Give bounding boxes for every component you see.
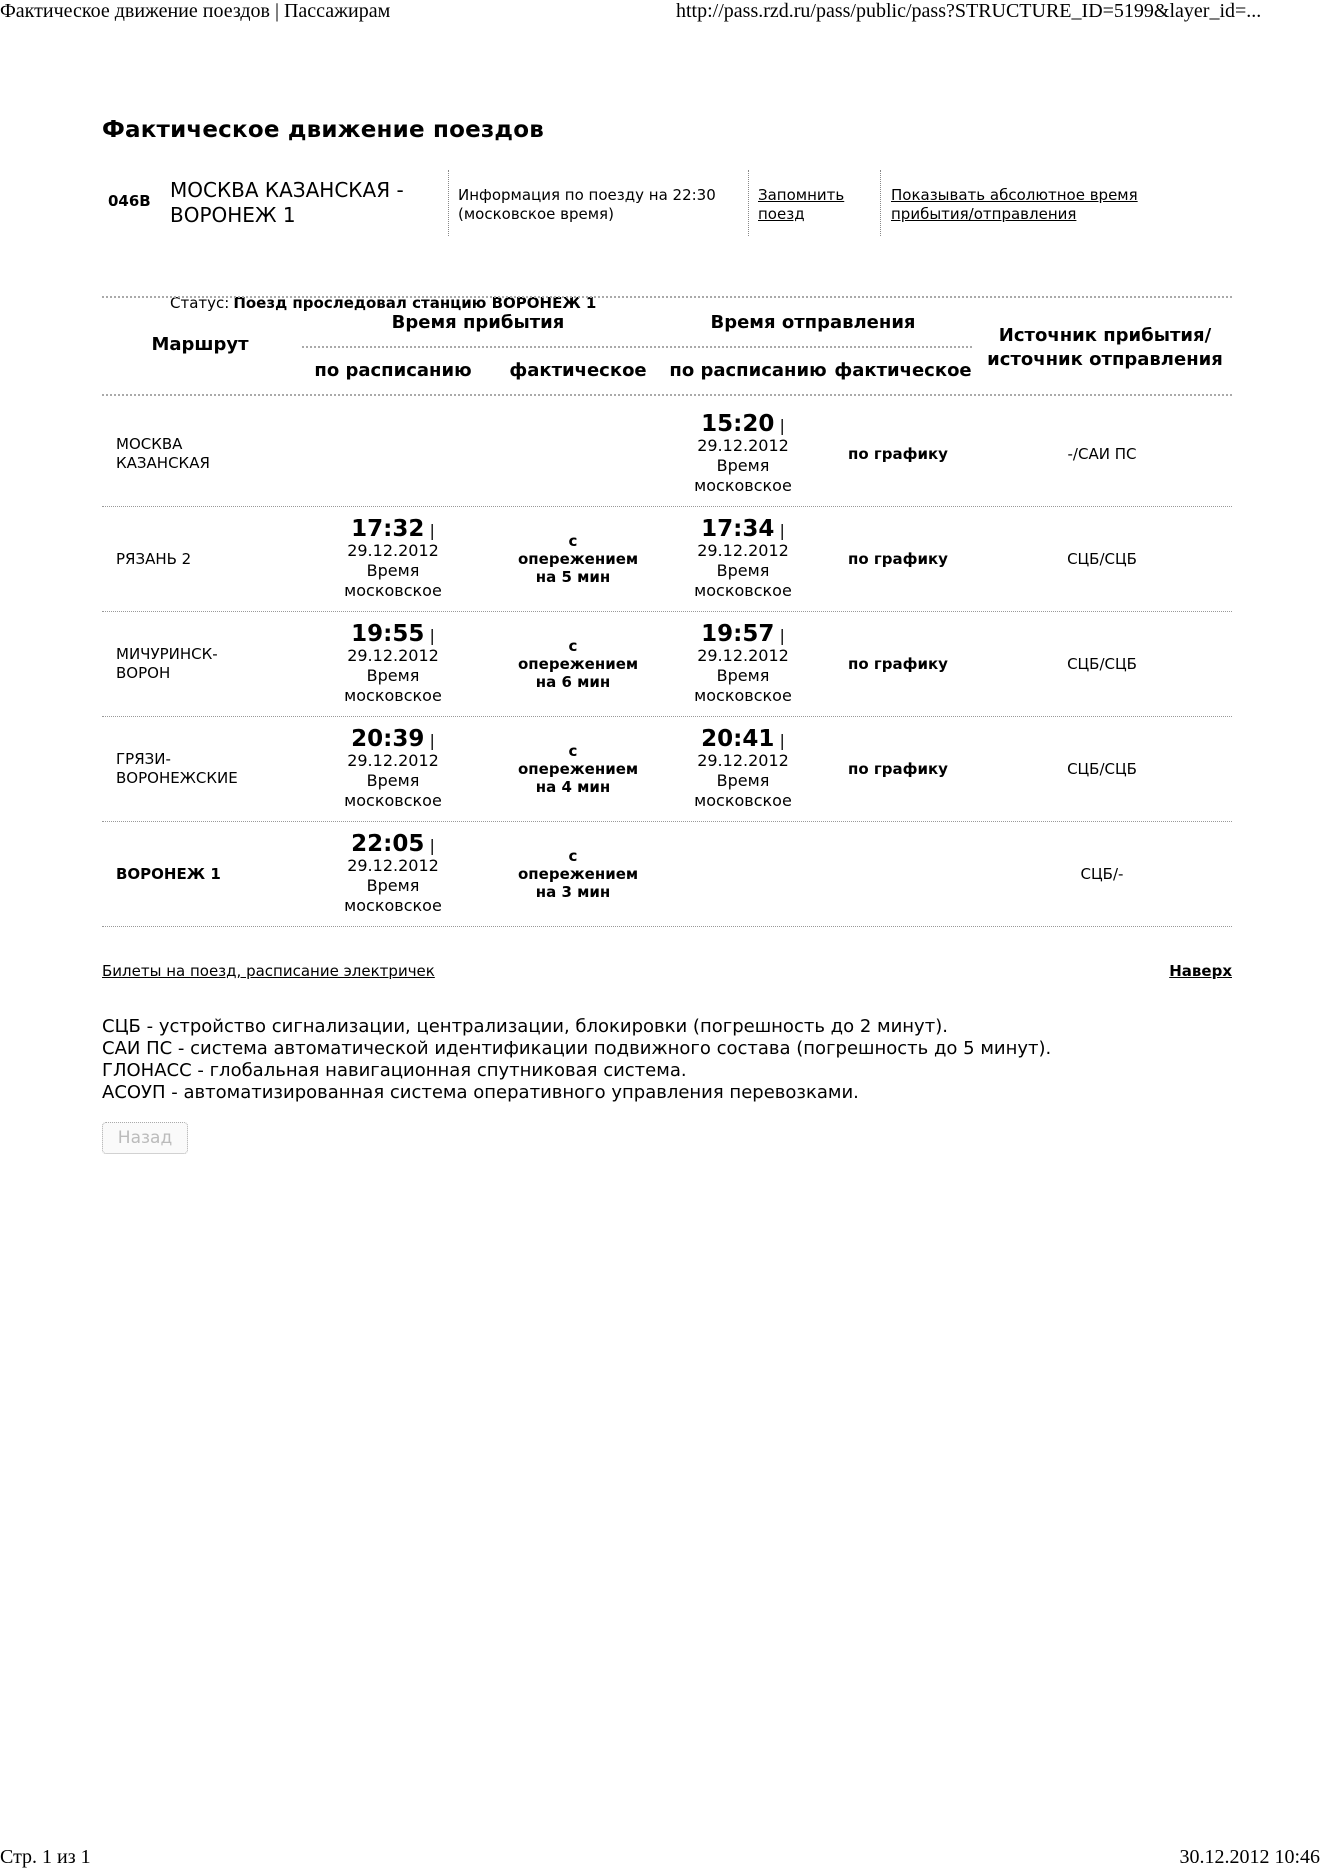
separator — [748, 170, 749, 236]
arrival-scheduled: 17:32 |29.12.2012Времямосковское — [298, 509, 488, 609]
departure-time: 17:34 |29.12.2012Времямосковское — [694, 517, 792, 601]
timezone-label: Время — [694, 666, 792, 686]
arrival-actual-value: с опережением на 4 мин — [518, 742, 628, 796]
timezone-label: московское — [694, 581, 792, 601]
header-departure: Время отправления — [658, 312, 968, 333]
legend: СЦБ - устройство сигнализации, централиз… — [102, 1016, 1051, 1104]
time-value: 22:05 — [351, 831, 424, 857]
date-value: 29.12.2012 — [344, 856, 442, 876]
train-route: МОСКВА КАЗАНСКАЯ - ВОРОНЕЖ 1 — [170, 178, 440, 228]
time-divider: | — [779, 626, 784, 645]
time-value: 19:57 — [701, 621, 774, 647]
info-time: Информация по поезду на 22:30 (московско… — [458, 186, 748, 224]
data-source: -/САИ ПС — [972, 404, 1232, 504]
table-row: ВОРОНЕЖ 122:05 |29.12.2012Времямосковско… — [102, 824, 1232, 929]
print-page-number: Стр. 1 из 1 — [0, 1846, 91, 1869]
tickets-link[interactable]: Билеты на поезд, расписание электричек — [102, 962, 435, 980]
print-footer: Стр. 1 из 1 30.12.2012 10:46 — [0, 1846, 1322, 1872]
time-divider: | — [429, 521, 434, 540]
arrival-time: 17:32 |29.12.2012Времямосковское — [344, 517, 442, 601]
date-value: 29.12.2012 — [344, 646, 442, 666]
arrival-actual-value: с опережением на 5 мин — [518, 532, 628, 586]
table-row: РЯЗАНЬ 217:32 |29.12.2012Времямосковское… — [102, 509, 1232, 614]
train-number: 046В — [108, 192, 151, 210]
back-to-top-link[interactable]: Наверх — [1169, 962, 1232, 980]
table-header-border — [102, 394, 1232, 396]
station-name: ГРЯЗИ-ВОРОНЕЖСКИЕ — [116, 719, 296, 819]
date-value: 29.12.2012 — [344, 751, 442, 771]
station-label: ВОРОНЕЖ 1 — [116, 865, 221, 884]
timezone-label: московское — [344, 581, 442, 601]
timezone-label: московское — [344, 686, 442, 706]
table-header: Маршрут Время прибытия Время отправления… — [102, 298, 1232, 394]
header-arrival: Время прибытия — [298, 312, 658, 333]
date-value: 29.12.2012 — [694, 541, 792, 561]
remember-train-link[interactable]: Запомнить поезд — [758, 186, 868, 224]
timezone-label: Время — [694, 771, 792, 791]
departure-actual-value: по графику — [848, 655, 948, 673]
departure-time: 15:20 |29.12.2012Времямосковское — [694, 412, 792, 496]
timezone-label: Время — [344, 771, 442, 791]
source-value: СЦБ/СЦБ — [1067, 655, 1137, 673]
arrival-time: 22:05 |29.12.2012Времямосковское — [344, 832, 442, 916]
row-separator — [102, 716, 1232, 717]
table-body: МОСКВА КАЗАНСКАЯ15:20 |29.12.2012Времямо… — [102, 404, 1232, 929]
timezone-label: московское — [694, 686, 792, 706]
row-separator — [102, 506, 1232, 507]
date-value: 29.12.2012 — [344, 541, 442, 561]
departure-time: 20:41 |29.12.2012Времямосковское — [694, 727, 792, 811]
data-source: СЦБ/- — [972, 824, 1232, 924]
table-row: МИЧУРИНСК-ВОРОН19:55 |29.12.2012Времямос… — [102, 614, 1232, 719]
station-name: МИЧУРИНСК-ВОРОН — [116, 614, 296, 714]
timezone-label: московское — [344, 896, 442, 916]
departure-actual-value: по графику — [848, 445, 948, 463]
time-value: 19:55 — [351, 621, 424, 647]
data-source: СЦБ/СЦБ — [972, 614, 1232, 714]
timezone-label: московское — [694, 476, 792, 496]
print-header: Фактическое движение поездов | Пассажира… — [0, 0, 1322, 26]
table-row: ГРЯЗИ-ВОРОНЕЖСКИЕ20:39 |29.12.2012Времям… — [102, 719, 1232, 824]
time-divider: | — [779, 521, 784, 540]
arrival-scheduled: 19:55 |29.12.2012Времямосковское — [298, 614, 488, 714]
legend-item: АСОУП - автоматизированная система опера… — [102, 1082, 1051, 1104]
timezone-label: московское — [344, 791, 442, 811]
departure-actual — [828, 824, 968, 924]
station-label: МИЧУРИНСК-ВОРОН — [116, 645, 266, 683]
station-name: ВОРОНЕЖ 1 — [116, 824, 296, 924]
header-route: Маршрут — [102, 334, 298, 355]
time-divider: | — [429, 626, 434, 645]
page-title: Фактическое движение поездов — [102, 112, 1232, 148]
time-divider: | — [429, 836, 434, 855]
header-arrival-scheduled: по расписанию — [298, 360, 488, 381]
departure-scheduled: 15:20 |29.12.2012Времямосковское — [658, 404, 828, 504]
date-value: 29.12.2012 — [694, 646, 792, 666]
data-source: СЦБ/СЦБ — [972, 509, 1232, 609]
time-value: 17:32 — [351, 516, 424, 542]
time-value: 20:41 — [701, 726, 774, 752]
timezone-label: Время — [694, 561, 792, 581]
station-name: МОСКВА КАЗАНСКАЯ — [116, 404, 296, 504]
row-separator — [102, 821, 1232, 822]
departure-scheduled: 20:41 |29.12.2012Времямосковское — [658, 719, 828, 819]
timezone-label: Время — [344, 666, 442, 686]
row-separator — [102, 611, 1232, 612]
date-value: 29.12.2012 — [694, 751, 792, 771]
row-separator — [102, 926, 1232, 927]
arrival-actual-value: с опережением на 3 мин — [518, 847, 628, 901]
time-divider: | — [779, 416, 784, 435]
back-button[interactable]: Назад — [102, 1122, 188, 1154]
print-datetime: 30.12.2012 10:46 — [1179, 1846, 1320, 1869]
timezone-label: Время — [344, 561, 442, 581]
departure-time: 19:57 |29.12.2012Времямосковское — [694, 622, 792, 706]
print-page-title: Фактическое движение поездов | Пассажира… — [0, 0, 390, 23]
header-departure-scheduled: по расписанию — [658, 360, 838, 381]
departure-actual: по графику — [828, 719, 968, 819]
arrival-actual-value: с опережением на 6 мин — [518, 637, 628, 691]
source-value: СЦБ/СЦБ — [1067, 550, 1137, 568]
absolute-time-link[interactable]: Показывать абсолютное время прибытия/отп… — [891, 186, 1221, 224]
separator — [880, 170, 881, 236]
departure-scheduled: 17:34 |29.12.2012Времямосковское — [658, 509, 828, 609]
legend-item: САИ ПС - система автоматической идентифи… — [102, 1038, 1051, 1060]
header-departure-actual: фактическое — [828, 360, 978, 381]
print-url: http://pass.rzd.ru/pass/public/pass?STRU… — [676, 0, 1261, 23]
table-row: МОСКВА КАЗАНСКАЯ15:20 |29.12.2012Времямо… — [102, 404, 1232, 509]
source-value: -/САИ ПС — [1068, 445, 1137, 463]
departure-scheduled: 19:57 |29.12.2012Времямосковское — [658, 614, 828, 714]
arrival-scheduled: 20:39 |29.12.2012Времямосковское — [298, 719, 488, 819]
legend-item: ГЛОНАСС - глобальная навигационная спутн… — [102, 1060, 1051, 1082]
timezone-label: московское — [694, 791, 792, 811]
time-value: 20:39 — [351, 726, 424, 752]
arrival-time: 20:39 |29.12.2012Времямосковское — [344, 727, 442, 811]
departure-scheduled — [658, 824, 828, 924]
station-label: РЯЗАНЬ 2 — [116, 550, 191, 569]
movement-table: Маршрут Время прибытия Время отправления… — [102, 296, 1232, 929]
header-divider — [302, 346, 972, 348]
departure-actual-value: по графику — [848, 760, 948, 778]
time-value: 17:34 — [701, 516, 774, 542]
time-value: 15:20 — [701, 411, 774, 437]
legend-item: СЦБ - устройство сигнализации, централиз… — [102, 1016, 1051, 1038]
station-label: ГРЯЗИ-ВОРОНЕЖСКИЕ — [116, 750, 266, 788]
arrival-actual: с опережением на 6 мин — [488, 614, 658, 714]
train-info: 046В МОСКВА КАЗАНСКАЯ - ВОРОНЕЖ 1 Информ… — [102, 170, 1232, 230]
separator — [448, 170, 449, 236]
departure-actual-value: по графику — [848, 550, 948, 568]
page-content: Фактическое движение поездов 046В МОСКВА… — [102, 112, 1232, 148]
departure-actual: по графику — [828, 404, 968, 504]
arrival-scheduled — [298, 404, 488, 504]
header-source: Источник прибытия/ источник отправления — [978, 324, 1232, 372]
station-label: МОСКВА КАЗАНСКАЯ — [116, 435, 266, 473]
timezone-label: Время — [694, 456, 792, 476]
time-divider: | — [779, 731, 784, 750]
departure-actual: по графику — [828, 509, 968, 609]
time-divider: | — [429, 731, 434, 750]
departure-actual: по графику — [828, 614, 968, 714]
header-arrival-actual: фактическое — [488, 360, 668, 381]
date-value: 29.12.2012 — [694, 436, 792, 456]
arrival-actual: с опережением на 4 мин — [488, 719, 658, 819]
arrival-time: 19:55 |29.12.2012Времямосковское — [344, 622, 442, 706]
arrival-scheduled: 22:05 |29.12.2012Времямосковское — [298, 824, 488, 924]
station-name: РЯЗАНЬ 2 — [116, 509, 296, 609]
data-source: СЦБ/СЦБ — [972, 719, 1232, 819]
arrival-actual: с опережением на 3 мин — [488, 824, 658, 924]
timezone-label: Время — [344, 876, 442, 896]
source-value: СЦБ/- — [1081, 865, 1124, 883]
source-value: СЦБ/СЦБ — [1067, 760, 1137, 778]
arrival-actual — [488, 404, 658, 504]
arrival-actual: с опережением на 5 мин — [488, 509, 658, 609]
